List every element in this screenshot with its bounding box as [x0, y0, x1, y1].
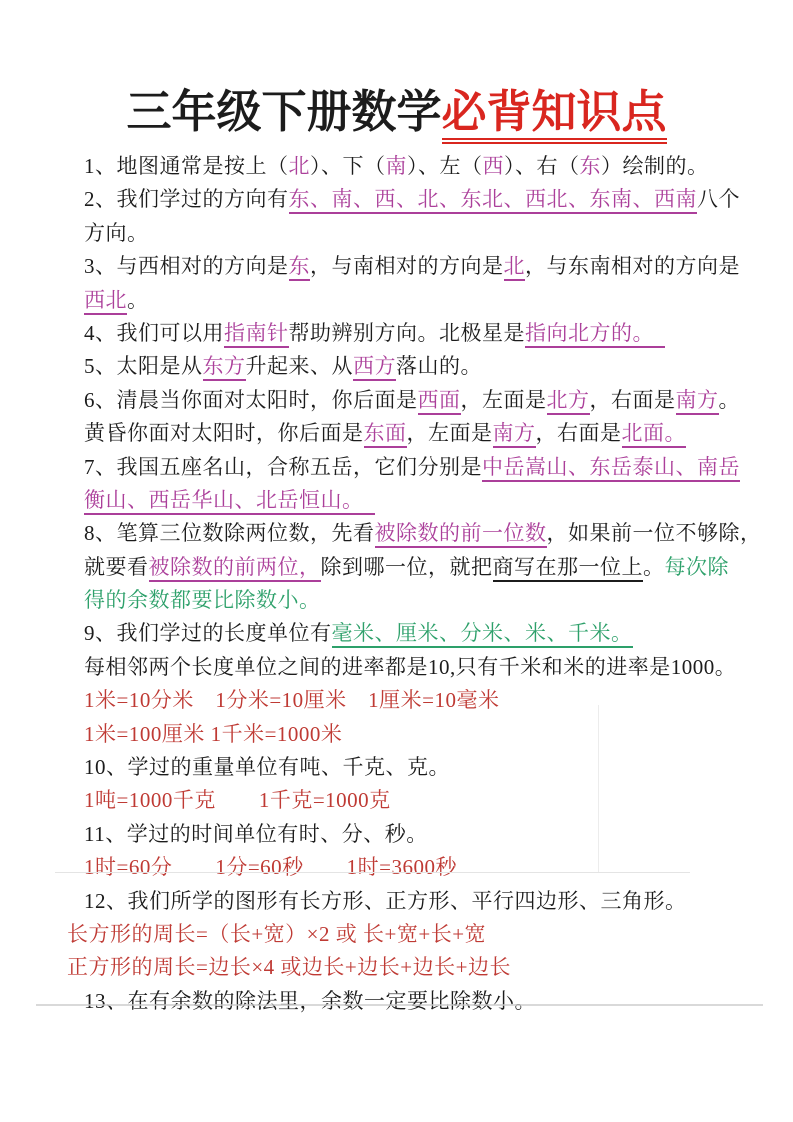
- text-segment: 北: [289, 154, 311, 178]
- text-segment: 商写在那一位上: [493, 555, 644, 582]
- text-segment: 。: [127, 288, 149, 312]
- text-segment: ，右面是: [536, 421, 622, 445]
- text-segment: 1米=10分米 1分米=10厘米 1厘米=10毫米: [84, 688, 500, 712]
- text-segment: ，与南相对的方向是: [310, 254, 504, 278]
- text-line-10: 7、我国五座名山，合称五岳，它们分别是中岳嵩山、东岳泰山、南岳: [84, 451, 731, 484]
- text-segment: 东方: [203, 354, 246, 381]
- text-line-7: 5、太阳是从东方升起来、从西方落山的。: [84, 350, 731, 383]
- document-page: 三年级下册数学必背知识点 1、地图通常是按上（北）、下（南）、左（西）、右（东）…: [0, 0, 793, 1122]
- text-segment: 。: [719, 388, 741, 412]
- text-line-20: 1吨=1000千克 1千克=1000克: [84, 784, 731, 817]
- text-segment: ）、左（: [407, 154, 483, 178]
- text-segment: ，右面是: [590, 388, 676, 412]
- text-segment: 南方: [493, 421, 536, 448]
- title-black-part: 三年级下册数学: [126, 86, 441, 137]
- text-segment: 帮助辨别方向。北极星是: [289, 321, 526, 345]
- text-line-13: 就要看被除数的前两位，除到哪一位，就把商写在那一位上。每次除: [84, 551, 731, 584]
- text-segment: 就要看: [84, 555, 149, 579]
- text-segment: ，与东南相对的方向是: [525, 254, 740, 278]
- text-segment: 西: [483, 154, 505, 178]
- text-segment: 9、我们学过的长度单位有: [84, 621, 332, 645]
- text-line-9: 黄昏你面对太阳时，你后面是东面，左面是南方，右面是北面。: [84, 417, 731, 450]
- text-segment: 东面: [364, 421, 407, 448]
- text-segment: 4、我们可以用: [84, 321, 224, 345]
- text-segment: 衡山、西岳华山、北岳恒山。: [84, 488, 375, 515]
- text-line-3: 方向。: [84, 217, 731, 250]
- text-segment: 每次除: [665, 555, 730, 579]
- text-segment: 正方形的周长=边长×4 或边长+边长+边长+边长: [67, 955, 511, 979]
- text-segment: 1、地图通常是按上（: [84, 154, 289, 178]
- content: 1、地图通常是按上（北）、下（南）、左（西）、右（东）绘制的。2、我们学过的方向…: [84, 150, 731, 1018]
- text-segment: 每相邻两个长度单位之间的进率都是10,只有千米和米的进率是1000。: [84, 655, 736, 679]
- text-line-5: 西北。: [84, 284, 731, 317]
- text-line-22: 1时=60分 1分=60秒 1时=3600秒: [84, 851, 731, 884]
- text-segment: 10、学过的重量单位有吨、千克、克。: [84, 755, 450, 779]
- text-segment: ，左面是: [461, 388, 547, 412]
- text-segment: 被除数的前两位，: [149, 555, 321, 582]
- text-segment: 1米=100厘米 1千米=1000米: [84, 722, 342, 746]
- text-segment: 5、太阳是从: [84, 354, 203, 378]
- photo-seam-vertical: [598, 705, 599, 872]
- text-segment: ）绘制的。: [601, 154, 709, 178]
- text-line-19: 10、学过的重量单位有吨、千克、克。: [84, 751, 731, 784]
- text-segment: 7、我国五座名山，合称五岳，它们分别是: [84, 455, 482, 479]
- text-line-24: 长方形的周长=（长+宽）×2 或 长+宽+长+宽: [67, 918, 731, 951]
- photo-seam-horizontal: [55, 872, 690, 873]
- text-line-16: 每相邻两个长度单位之间的进率都是10,只有千米和米的进率是1000。: [84, 651, 731, 684]
- text-line-11: 衡山、西岳华山、北岳恒山。: [84, 484, 731, 517]
- text-segment: ，如果前一位不够除，: [547, 521, 762, 545]
- text-segment: 毫米、厘米、分米、米、千米。: [332, 621, 633, 648]
- text-segment: 西面: [418, 388, 461, 415]
- text-segment: 1吨=1000千克 1千克=1000克: [84, 788, 391, 812]
- text-line-26: 13、在有余数的除法里，余数一定要比除数小。: [84, 985, 731, 1018]
- text-segment: 8、笔算三位数除两位数，先看: [84, 521, 375, 545]
- text-line-2: 2、我们学过的方向有东、南、西、北、东北、西北、东南、西南八个: [84, 183, 731, 216]
- text-line-23: 12、我们所学的图形有长方形、正方形、平行四边形、三角形。: [84, 885, 731, 918]
- text-line-12: 8、笔算三位数除两位数，先看被除数的前一位数，如果前一位不够除，: [84, 517, 731, 550]
- text-segment: 落山的。: [396, 354, 482, 378]
- text-segment: 北面。: [622, 421, 687, 448]
- text-segment: 北: [504, 254, 526, 281]
- text-line-15: 9、我们学过的长度单位有毫米、厘米、分米、米、千米。: [84, 617, 731, 650]
- text-segment: 方向。: [84, 221, 149, 245]
- text-line-8: 6、清晨当你面对太阳时，你后面是西面，左面是北方，右面是南方。: [84, 384, 731, 417]
- text-segment: 13、在有余数的除法里，余数一定要比除数小。: [84, 989, 536, 1013]
- text-line-18: 1米=100厘米 1千米=1000米: [84, 718, 731, 751]
- text-segment: 南方: [676, 388, 719, 415]
- title-red-part: 必背知识点: [442, 86, 667, 144]
- text-segment: 12、我们所学的图形有长方形、正方形、平行四边形、三角形。: [84, 889, 687, 913]
- text-segment: 东: [580, 154, 602, 178]
- text-segment: ）、下（: [310, 154, 386, 178]
- text-line-17: 1米=10分米 1分米=10厘米 1厘米=10毫米: [84, 684, 731, 717]
- text-line-6: 4、我们可以用指南针帮助辨别方向。北极星是指向北方的。: [84, 317, 731, 350]
- text-segment: 。: [643, 555, 665, 579]
- text-segment: 指南针: [224, 321, 289, 348]
- text-segment: 黄昏你面对太阳时，你后面是: [84, 421, 364, 445]
- text-segment: 6、清晨当你面对太阳时，你后面是: [84, 388, 418, 412]
- text-segment: 升起来、从: [246, 354, 354, 378]
- page-bottom-rule: [36, 1004, 763, 1006]
- text-line-14: 得的余数都要比除数小。: [84, 584, 731, 617]
- text-line-21: 11、学过的时间单位有时、分、秒。: [84, 818, 731, 851]
- text-segment: ）、右（: [504, 154, 580, 178]
- text-line-4: 3、与西相对的方向是东，与南相对的方向是北，与东南相对的方向是: [84, 250, 731, 283]
- text-segment: 1时=60分 1分=60秒 1时=3600秒: [84, 855, 457, 879]
- text-segment: ，左面是: [407, 421, 493, 445]
- text-segment: 西方: [353, 354, 396, 381]
- text-segment: 东、南、西、北、东北、西北、东南、西南: [289, 187, 698, 214]
- text-segment: 2、我们学过的方向有: [84, 187, 289, 211]
- text-segment: 东: [289, 254, 311, 281]
- text-segment: 长方形的周长=（长+宽）×2 或 长+宽+长+宽: [67, 922, 486, 946]
- text-segment: 3、与西相对的方向是: [84, 254, 289, 278]
- text-segment: 北方: [547, 388, 590, 415]
- text-segment: 得的余数都要比除数小。: [84, 588, 321, 612]
- text-segment: 中岳嵩山、东岳泰山、南岳: [482, 455, 740, 482]
- text-line-25: 正方形的周长=边长×4 或边长+边长+边长+边长: [67, 951, 731, 984]
- text-segment: 南: [386, 154, 408, 178]
- text-line-1: 1、地图通常是按上（北）、下（南）、左（西）、右（东）绘制的。: [84, 150, 731, 183]
- text-segment: 八个: [697, 187, 740, 211]
- text-segment: 被除数的前一位数: [375, 521, 547, 548]
- text-segment: 11、学过的时间单位有时、分、秒。: [84, 822, 428, 846]
- text-segment: 除到哪一位，就把: [321, 555, 493, 579]
- text-segment: 指向北方的。: [525, 321, 665, 348]
- text-segment: 西北: [84, 288, 127, 315]
